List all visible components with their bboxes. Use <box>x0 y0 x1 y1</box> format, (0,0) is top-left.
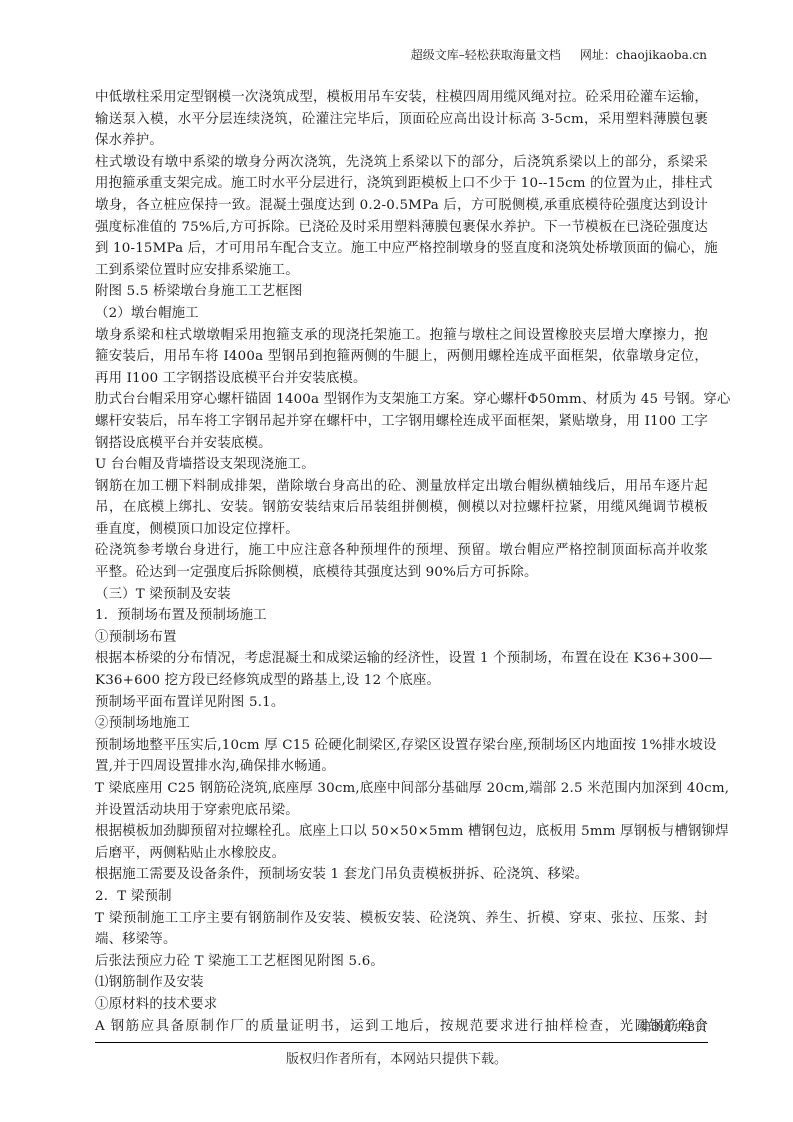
text-line: ②预制场地施工 <box>95 713 708 735</box>
text-line: ①原材料的技术要求 <box>95 994 708 1016</box>
text-line: T 梁预制施工工序主要有钢筋制作及安装、模板安装、砼浇筑、养生、折模、穿束、张拉… <box>95 908 708 930</box>
text-line: 根据施工需要及设备条件，预制场安装 1 套龙门吊负责模板拼拆、砼浇筑、移梁。 <box>95 864 708 886</box>
text-line: K36+600 挖方段已经修筑成型的路基上,设 12 个底座。 <box>95 670 708 692</box>
text-line: 柱式墩设有墩中系梁的墩身分两次浇筑，先浇筑上系梁以下的部分，后浇筑系梁以上的部分… <box>95 152 708 174</box>
text-line: （2）墩台帽施工 <box>95 303 708 325</box>
text-line: A 钢筋应具备原制作厂的质量证明书，运到工地后，按规范要求进行抽样检查，光圆钢筋… <box>95 1016 708 1038</box>
page-header: 超级文库–轻松获取海量文档 网址：chaojikaoba.cn <box>411 47 707 63</box>
text-line: 再用 I100 工字钢搭设底模平台并安装底模。 <box>95 368 708 390</box>
text-line: 钢搭设底模平台并安装底模。 <box>95 433 708 455</box>
page-indicator: 第3页 共8页 <box>640 1019 707 1035</box>
text-line: 到 10-15MPa 后，才可用吊车配合支立。施工中应严格控制墩身的竖直度和浇筑… <box>95 238 708 260</box>
text-line: 墩身，各立桩应保持一致。混凝土强度达到 0.2-0.5MPa 后，方可脱侧模,承… <box>95 195 708 217</box>
copyright-notice: 版权归作者所有，本网站只提供下载。 <box>0 1051 793 1069</box>
text-line: 根据本桥梁的分布情况，考虑混凝土和成梁运输的经济性，设置 1 个预制场，布置在设… <box>95 648 708 670</box>
text-line: 中低墩柱采用定型钢模一次浇筑成型，模板用吊车安装，柱模四周用缆风绳对拉。砼采用砼… <box>95 87 708 109</box>
site-url: 网址：chaojikaoba.cn <box>580 48 707 62</box>
text-line: 输送泵入模，水平分层连续浇筑，砼灌注完毕后，顶面砼应高出设计标高 3-5cm，采… <box>95 109 708 131</box>
text-line: 钢筋在加工棚下料制成排架，凿除墩台身高出的砼、测量放样定出墩台帽纵横轴线后，用吊… <box>95 476 708 498</box>
text-line: 附图 5.5 桥梁墩台身施工工艺框图 <box>95 281 708 303</box>
text-line: 用抱箍承重支架完成。施工时水平分层进行，浇筑到距模板上口不少于 10--15cm… <box>95 173 708 195</box>
text-line: 箍安装后，用吊车将 I400a 型钢吊到抱箍两侧的牛腿上，两侧用螺栓连成平面框架… <box>95 346 708 368</box>
text-line: 工到系梁位置时应安排系梁施工。 <box>95 260 708 282</box>
text-line: 肋式台台帽采用穿心螺杆锚固 1400a 型钢作为支架施工方案。穿心螺杆Φ50mm… <box>95 389 708 411</box>
text-line: 保水养护。 <box>95 130 708 152</box>
text-line: 置,并于四周设置排水沟,确保排水畅通。 <box>95 756 708 778</box>
text-line: 平整。砼达到一定强度后拆除侧模，底模待其强度达到 90%后方可拆除。 <box>95 562 708 584</box>
footer-divider <box>95 1042 708 1043</box>
text-line: 端、移梁等。 <box>95 929 708 951</box>
text-line: ⑴钢筋制作及安装 <box>95 972 708 994</box>
text-line: 1．预制场布置及预制场施工 <box>95 605 708 627</box>
text-line: U 台台帽及背墙搭设支架现浇施工。 <box>95 454 708 476</box>
text-line: 并设置活动块用于穿索兜底吊梁。 <box>95 800 708 822</box>
text-line: 根据模板加劲脚预留对拉螺栓孔。底座上口以 50×50×5mm 槽钢包边，底板用 … <box>95 821 708 843</box>
text-line: 墩身系梁和柱式墩墩帽采用抱箍支承的现浇托架施工。抱箍与墩柱之间设置橡胶夹层增大摩… <box>95 325 708 347</box>
text-line: 预制场地整平压实后,10cm 厚 C15 砼硬化制梁区,存梁区设置存梁台座,预制… <box>95 735 708 757</box>
document-body: 中低墩柱采用定型钢模一次浇筑成型，模板用吊车安装，柱模四周用缆风绳对拉。砼采用砼… <box>95 87 708 1037</box>
text-line: 螺杆安装后，吊车将工字钢吊起并穿在螺杆中，工字钢用螺栓连成平面框架，紧贴墩身，用… <box>95 411 708 433</box>
text-line: ①预制场布置 <box>95 627 708 649</box>
text-line: 垂直度，侧模顶口加设定位撑杆。 <box>95 519 708 541</box>
site-name: 超级文库–轻松获取海量文档 <box>411 48 561 62</box>
text-line: （三）T 梁预制及安装 <box>95 584 708 606</box>
text-line: 砼浇筑参考墩台身进行，施工中应注意各种预埋件的预埋、预留。墩台帽应严格控制顶面标… <box>95 540 708 562</box>
text-line: 预制场平面布置详见附图 5.1。 <box>95 692 708 714</box>
text-line: T 梁底座用 C25 钢筋砼浇筑,底座厚 30cm,底座中间部分基础厚 20cm… <box>95 778 708 800</box>
text-line: 后张法预应力砼 T 梁施工工艺框图见附图 5.6。 <box>95 951 708 973</box>
text-line: 2．T 梁预制 <box>95 886 708 908</box>
text-line: 吊，在底模上绑扎、安装。钢筋安装结束后吊装组拼侧模，侧模以对拉螺杆拉紧，用缆风绳… <box>95 497 708 519</box>
text-line: 后磨平，两侧粘贴止水橡胶皮。 <box>95 843 708 865</box>
text-line: 强度标准值的 75%后,方可拆除。已浇砼及时采用塑料薄膜包裹保水养护。下一节模板… <box>95 217 708 239</box>
